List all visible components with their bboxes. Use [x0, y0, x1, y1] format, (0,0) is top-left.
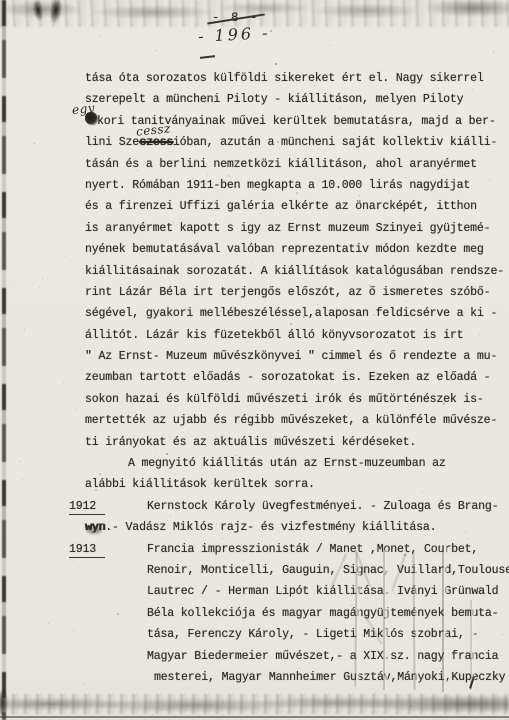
text-line: Magyar Biedermeier művészet,- a XIX.sz. … [0, 646, 509, 667]
handwritten-page-number: - 196 - [198, 23, 271, 46]
text-line: Béla kollekciója és magyar magángyüjtemé… [0, 603, 509, 624]
text-line: rint Lázár Béla irt terjengős előszót, a… [0, 282, 509, 303]
text-line: és a firenzei Uffizi galéria elkérte az … [0, 196, 509, 217]
text-line: lini Szeczessióban, azután a müncheni sa… [0, 132, 509, 153]
handwritten-correction: egy [71, 98, 96, 122]
binding-edge-shadow [2, 0, 6, 720]
stray-dash-mark [200, 55, 215, 59]
scan-edge-line [0, 716, 509, 718]
text-line: tásán és a berlini nemzetközi kiállitáso… [0, 154, 509, 175]
text-line: sokon hazai és külföldi művészeti irók é… [0, 389, 509, 410]
text-line: tása óta sorozatos külföldi sikereket ér… [0, 68, 509, 89]
paper-crease [412, 550, 415, 690]
scanned-document-page: - 8 - - 196 - tása óta sorozatos külföld… [0, 0, 509, 720]
text-line: Lautrec / - Herman Lipót kiállitása. Ivá… [0, 581, 509, 602]
typed-page-number-struck: - 8 - [212, 11, 260, 25]
text-line: A megnyitó kiállitás után az Ernst-muzeu… [0, 453, 509, 474]
text-line: nyert. Rómában 1911-ben megkapta a 10.00… [0, 175, 509, 196]
text-line: " Az Ernst- Muzeum művészkönyvei " cimme… [0, 346, 509, 367]
text-line: mesterei, Magyar Mannheimer Gusztáv,Mány… [0, 667, 509, 688]
paper-crease [354, 552, 357, 687]
text-line: tása, Ferenczy Károly, - Ligeti Miklós s… [0, 624, 509, 645]
text-line: Renoir, Monticelli, Gauguin, Signac, Vui… [0, 560, 509, 581]
text-line: alábbi kiállitások kerültek sorra. [0, 474, 509, 495]
year-label: 1912 [69, 496, 147, 517]
text-line: ti irányokat és az aktuális művészeti ké… [0, 432, 509, 453]
typewritten-text-block: tása óta sorozatos külföldi sikereket ér… [0, 68, 509, 688]
text-line: is aranyérmet kapott s igy az Ernst muze… [0, 218, 509, 239]
paper-crease [442, 545, 444, 692]
text-line: állitót. Lázár kis füzetekből álló könyv… [0, 325, 509, 346]
paper-crease [383, 548, 385, 690]
year-label: 1913 [69, 539, 147, 560]
text-line: kiállitásainak sorozatát. A kiállítások … [0, 261, 509, 282]
text-line: kori tanitványainak művei kerültek bemut… [0, 111, 509, 132]
text-line: mertették az ujabb és régibb művészeket,… [0, 410, 509, 431]
text-line: 1912Kernstock Károly üvegfestményei. - Z… [0, 496, 509, 517]
smudge-segment: wyn [85, 521, 105, 534]
text-line: nyének bemutatásával valóban reprezentat… [0, 239, 509, 260]
handwritten-correction: cessz [135, 118, 172, 143]
text-line: wyn.- Vadász Miklós rajz- és vizfestmény… [0, 517, 509, 538]
text-line: 1913Francia impresszionisták / Manet ,Mo… [0, 539, 509, 560]
text-line: ségével, gyakori mellébeszéléssel,alapos… [0, 303, 509, 324]
scan-noise-band-bottom [0, 694, 509, 714]
text-line: zeumban tartott előadás - sorozatokat is… [0, 367, 509, 388]
